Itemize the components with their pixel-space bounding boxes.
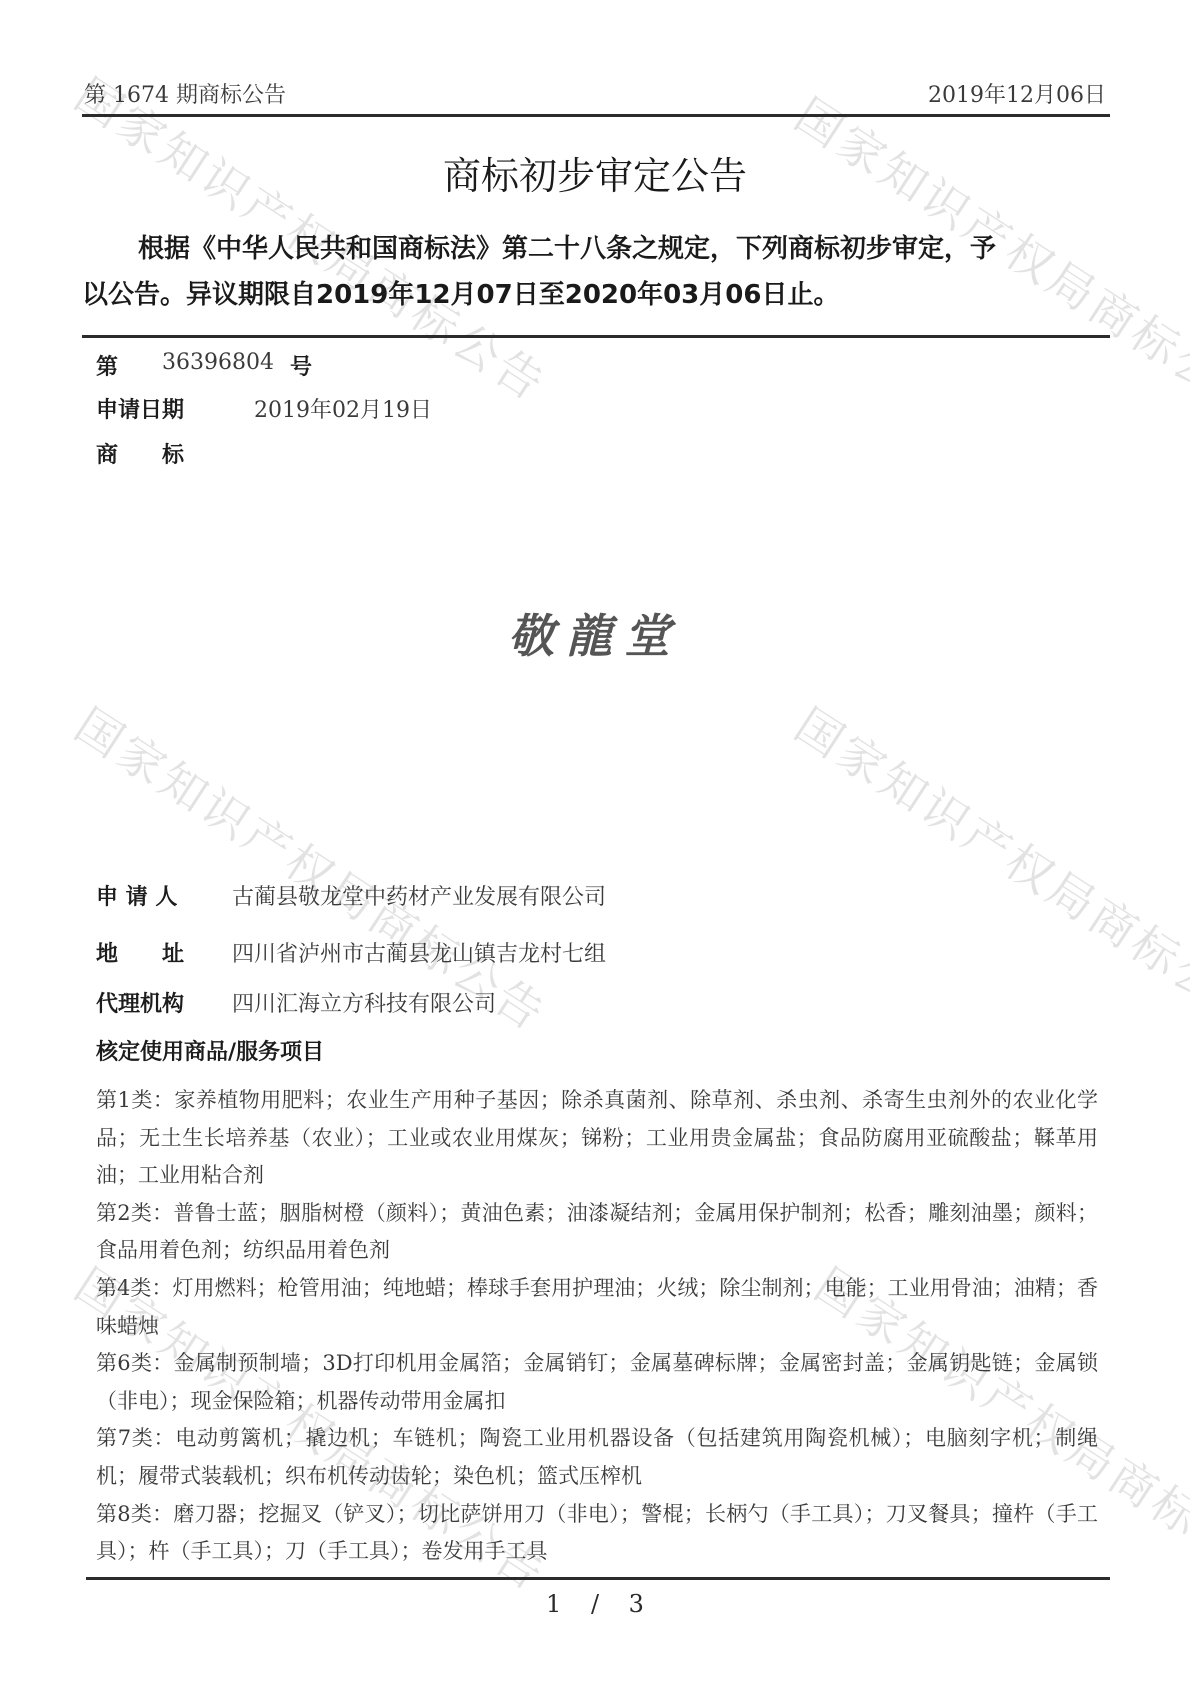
footer-divider	[86, 1577, 1110, 1580]
goods-list: 第1类：家养植物用肥料；农业生产用种子基因；除杀真菌剂、除草剂、杀虫剂、杀寄生虫…	[96, 1082, 1098, 1571]
goods-class-4: 第4类：灯用燃料；枪管用油；纯地蜡；棒球手套用护理油；火绒；除尘制剂；电能；工业…	[96, 1270, 1098, 1345]
header-divider	[82, 114, 1110, 117]
applicant-name: 古蔺县敬龙堂中药材产业发展有限公司	[232, 880, 606, 911]
intro-divider	[82, 335, 1110, 338]
page-title: 商标初步审定公告	[0, 145, 1190, 200]
publication-date: 2019年12月06日	[928, 78, 1106, 109]
watermark: 国家知识产权局商标公告	[784, 690, 1190, 1045]
registration-number-suffix: 号	[290, 350, 312, 381]
intro-line-2: 以公告。异议期限自2019年12月07日至2020年03月06日止。	[82, 274, 839, 311]
goods-heading: 核定使用商品/服务项目	[96, 1035, 324, 1066]
goods-class-2: 第2类：普鲁士蓝；胭脂树橙（颜料）；黄油色素；油漆凝结剂；金属用保护制剂；松香；…	[96, 1195, 1098, 1270]
application-date-label: 申请日期	[96, 393, 184, 424]
page-number: 1 / 3	[0, 1590, 1190, 1618]
application-date: 2019年02月19日	[254, 393, 432, 424]
applicant-label: 申 请 人	[96, 880, 177, 911]
issue-number: 第 1674 期商标公告	[84, 78, 286, 109]
goods-class-7: 第7类：电动剪篱机；撬边机；车链机；陶瓷工业用机器设备（包括建筑用陶瓷机械）；电…	[96, 1420, 1098, 1495]
agent-name: 四川汇海立方科技有限公司	[232, 987, 496, 1018]
intro-line-1: 根据《中华人民共和国商标法》第二十八条之规定，下列商标初步审定，予	[138, 228, 996, 265]
registration-number: 36396804	[162, 350, 274, 375]
address-label: 地 址	[96, 937, 184, 968]
goods-class-1: 第1类：家养植物用肥料；农业生产用种子基因；除杀真菌剂、除草剂、杀虫剂、杀寄生虫…	[96, 1082, 1098, 1195]
trademark-label: 商 标	[96, 438, 184, 469]
goods-class-8: 第8类：磨刀器；挖掘叉（铲叉）；切比萨饼用刀（非电）；警棍；长柄勺（手工具）；刀…	[96, 1496, 1098, 1571]
goods-class-6: 第6类：金属制预制墙；3D打印机用金属箔；金属销钉；金属墓碑标牌；金属密封盖；金…	[96, 1345, 1098, 1420]
trademark-image: 敬龍堂	[0, 600, 1190, 666]
registration-number-prefix: 第	[96, 350, 118, 381]
address: 四川省泸州市古蔺县龙山镇吉龙村七组	[232, 937, 606, 968]
agent-label: 代理机构	[96, 987, 184, 1018]
